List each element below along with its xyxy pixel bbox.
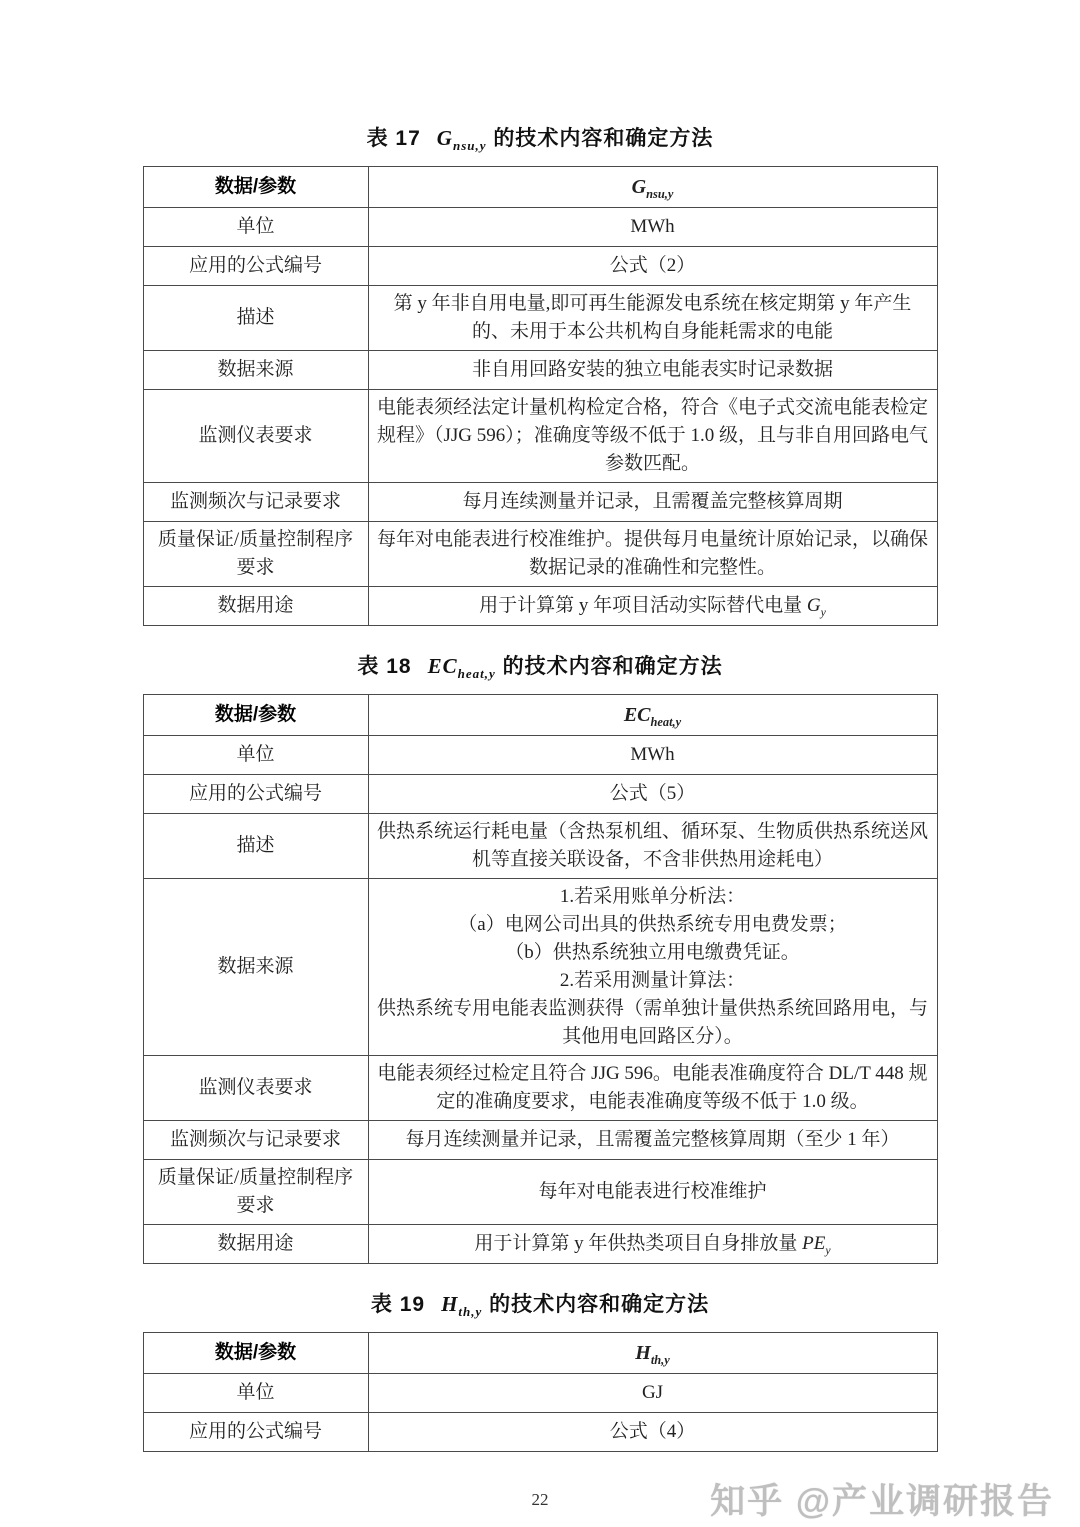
table-row: 质量保证/质量控制程序要求 每年对电能表进行校准维护。提供每月电量统计原始记录，… bbox=[143, 522, 937, 587]
table18-param: EC bbox=[428, 654, 458, 678]
row-label: 应用的公式编号 bbox=[143, 775, 368, 814]
table19-param: H bbox=[441, 1292, 458, 1316]
table-row: 应用的公式编号 公式（4） bbox=[143, 1413, 937, 1452]
table17-title-label: 表 17 bbox=[367, 127, 421, 150]
table17-param: G bbox=[437, 126, 453, 150]
row-value: 公式（4） bbox=[368, 1413, 937, 1452]
row-label: 数据用途 bbox=[143, 1225, 368, 1264]
table-row: 单位 GJ bbox=[143, 1374, 937, 1413]
table17-param-sub: nsu,y bbox=[453, 138, 487, 153]
row-label: 质量保证/质量控制程序要求 bbox=[143, 522, 368, 587]
table19-title-suffix: 的技术内容和确定方法 bbox=[489, 1293, 709, 1316]
column-header-param: Gnsu,y bbox=[368, 167, 937, 208]
table19-title-label: 表 19 bbox=[371, 1293, 425, 1316]
column-header-label: 数据/参数 bbox=[143, 1333, 368, 1374]
row-value: 每年对电能表进行校准维护。提供每月电量统计原始记录，以确保数据记录的准确性和完整… bbox=[368, 522, 937, 587]
row-value: 公式（5） bbox=[368, 775, 937, 814]
table-header-row: 数据/参数 Hth,y bbox=[143, 1333, 937, 1374]
row-value: 电能表须经法定计量机构检定合格，符合《电子式交流电能表检定规程》（JJG 596… bbox=[368, 390, 937, 483]
row-value: MWh bbox=[368, 208, 937, 247]
table-header-row: 数据/参数 ECheat,y bbox=[143, 695, 937, 736]
row-value: 用于计算第 y 年项目活动实际替代电量 Gy bbox=[368, 587, 937, 626]
table-row: 质量保证/质量控制程序要求 每年对电能表进行校准维护 bbox=[143, 1160, 937, 1225]
row-value: MWh bbox=[368, 736, 937, 775]
watermark: 知乎 @产业调研报告 bbox=[710, 1474, 1054, 1524]
table-row: 单位 MWh bbox=[143, 736, 937, 775]
row-value: 每月连续测量并记录，且需覆盖完整核算周期 bbox=[368, 483, 937, 522]
table17: 数据/参数 Gnsu,y 单位 MWh 应用的公式编号 公式（2） 描述 第 y… bbox=[143, 166, 938, 626]
table-row: 监测频次与记录要求 每月连续测量并记录，且需覆盖完整核算周期（至少 1 年） bbox=[143, 1121, 937, 1160]
table-row: 描述 第 y 年非自用电量,即可再生能源发电系统在核定期第 y 年产生的、未用于… bbox=[143, 286, 937, 351]
row-value: 1.若采用账单分析法： （a）电网公司出具的供热系统专用电费发票； （b）供热系… bbox=[368, 879, 937, 1056]
row-label: 数据来源 bbox=[143, 879, 368, 1056]
column-header-label: 数据/参数 bbox=[143, 167, 368, 208]
row-label: 单位 bbox=[143, 736, 368, 775]
table17-title: 表 17Gnsu,y 的技术内容和确定方法 bbox=[143, 122, 938, 152]
row-label: 质量保证/质量控制程序要求 bbox=[143, 1160, 368, 1225]
table-row: 应用的公式编号 公式（5） bbox=[143, 775, 937, 814]
table-row: 描述 供热系统运行耗电量（含热泵机组、循环泵、生物质供热系统送风机等直接关联设备… bbox=[143, 814, 937, 879]
row-label: 监测仪表要求 bbox=[143, 1056, 368, 1121]
table-row: 数据来源 非自用回路安装的独立电能表实时记录数据 bbox=[143, 351, 937, 390]
row-label: 监测频次与记录要求 bbox=[143, 1121, 368, 1160]
table18: 数据/参数 ECheat,y 单位 MWh 应用的公式编号 公式（5） 描述 供… bbox=[143, 694, 938, 1264]
table18-param-sub: heat,y bbox=[458, 666, 496, 681]
row-value: 电能表须经过检定且符合 JJG 596。电能表准确度符合 DL/T 448 规定… bbox=[368, 1056, 937, 1121]
table18-title-suffix: 的技术内容和确定方法 bbox=[503, 655, 723, 678]
row-label: 应用的公式编号 bbox=[143, 1413, 368, 1452]
document-page: 表 17Gnsu,y 的技术内容和确定方法 数据/参数 Gnsu,y 单位 MW… bbox=[143, 0, 938, 1510]
column-header-param: Hth,y bbox=[368, 1333, 937, 1374]
table17-title-suffix: 的技术内容和确定方法 bbox=[493, 127, 713, 150]
row-value: 非自用回路安装的独立电能表实时记录数据 bbox=[368, 351, 937, 390]
table-row: 应用的公式编号 公式（2） bbox=[143, 247, 937, 286]
table-row: 数据用途 用于计算第 y 年供热类项目自身排放量 PEy bbox=[143, 1225, 937, 1264]
row-label: 描述 bbox=[143, 814, 368, 879]
table19-param-sub: th,y bbox=[458, 1304, 482, 1319]
row-value: 供热系统运行耗电量（含热泵机组、循环泵、生物质供热系统送风机等直接关联设备，不含… bbox=[368, 814, 937, 879]
table-row: 监测仪表要求 电能表须经法定计量机构检定合格，符合《电子式交流电能表检定规程》（… bbox=[143, 390, 937, 483]
table-header-row: 数据/参数 Gnsu,y bbox=[143, 167, 937, 208]
row-label: 监测仪表要求 bbox=[143, 390, 368, 483]
row-value: 公式（2） bbox=[368, 247, 937, 286]
row-label: 监测频次与记录要求 bbox=[143, 483, 368, 522]
row-value: 每年对电能表进行校准维护 bbox=[368, 1160, 937, 1225]
table19-title: 表 19Hth,y 的技术内容和确定方法 bbox=[143, 1288, 938, 1318]
column-header-param: ECheat,y bbox=[368, 695, 937, 736]
table-row: 数据用途 用于计算第 y 年项目活动实际替代电量 Gy bbox=[143, 587, 937, 626]
row-label: 单位 bbox=[143, 208, 368, 247]
table-row: 监测仪表要求 电能表须经过检定且符合 JJG 596。电能表准确度符合 DL/T… bbox=[143, 1056, 937, 1121]
row-label: 描述 bbox=[143, 286, 368, 351]
table18-title-label: 表 18 bbox=[357, 655, 411, 678]
row-value: 每月连续测量并记录，且需覆盖完整核算周期（至少 1 年） bbox=[368, 1121, 937, 1160]
table19: 数据/参数 Hth,y 单位 GJ 应用的公式编号 公式（4） bbox=[143, 1332, 938, 1452]
table-row: 数据来源 1.若采用账单分析法： （a）电网公司出具的供热系统专用电费发票； （… bbox=[143, 879, 937, 1056]
row-label: 数据来源 bbox=[143, 351, 368, 390]
row-value: 第 y 年非自用电量,即可再生能源发电系统在核定期第 y 年产生的、未用于本公共… bbox=[368, 286, 937, 351]
table-row: 单位 MWh bbox=[143, 208, 937, 247]
row-label: 单位 bbox=[143, 1374, 368, 1413]
table-row: 监测频次与记录要求 每月连续测量并记录，且需覆盖完整核算周期 bbox=[143, 483, 937, 522]
column-header-label: 数据/参数 bbox=[143, 695, 368, 736]
row-value: GJ bbox=[368, 1374, 937, 1413]
row-value: 用于计算第 y 年供热类项目自身排放量 PEy bbox=[368, 1225, 937, 1264]
row-label: 数据用途 bbox=[143, 587, 368, 626]
row-label: 应用的公式编号 bbox=[143, 247, 368, 286]
table18-title: 表 18ECheat,y 的技术内容和确定方法 bbox=[143, 650, 938, 680]
